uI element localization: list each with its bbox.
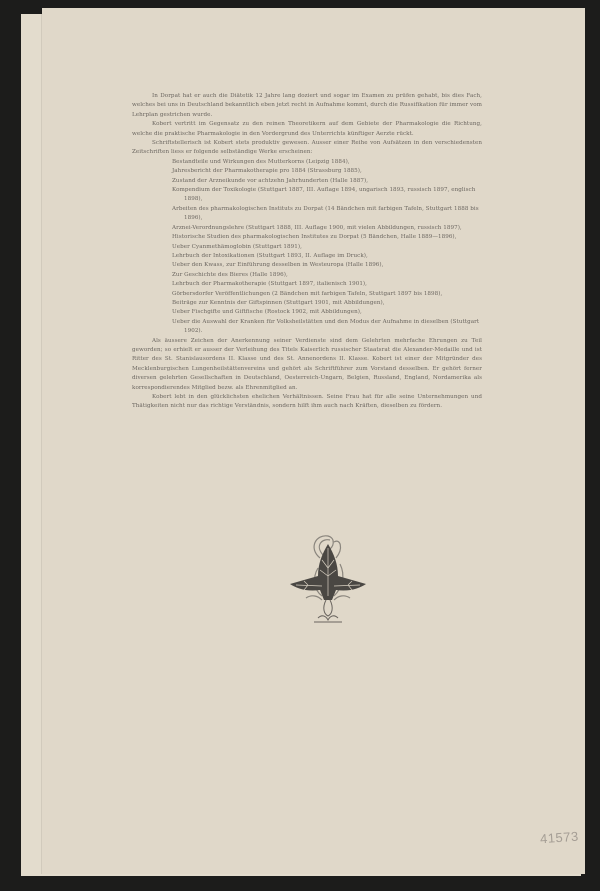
work-item: Beiträge zur Kenntnis der Giftspinnen (S… bbox=[172, 299, 482, 308]
paragraph-diaetetik: In Dorpat hat er auch die Diätetik 12 Ja… bbox=[132, 92, 482, 120]
ivy-leaf-ornament-icon bbox=[278, 528, 378, 628]
work-item: Kompendium der Toxikologie (Stuttgart 18… bbox=[172, 186, 482, 205]
works-list: Bestandteile und Wirkungen des Mutterkor… bbox=[132, 158, 482, 337]
work-item: Zur Geschichte des Bieres (Halle 1896), bbox=[172, 271, 482, 280]
work-item: Lehrbuch der Intoxikationen (Stuttgart 1… bbox=[172, 252, 482, 261]
work-item: Görbersdorfer Veröffentlichungen (2 Bänd… bbox=[172, 290, 482, 299]
work-item: Jahresbericht der Pharmakotherapie pro 1… bbox=[172, 167, 482, 176]
work-item: Lehrbuch der Pharmakotherapie (Stuttgart… bbox=[172, 280, 482, 289]
work-item: Zustand der Arzneikunde vor achtzehn Jah… bbox=[172, 177, 482, 186]
paragraph-familie: Kobert lebt in den glücklichsten ehelich… bbox=[132, 393, 482, 412]
work-item: Ueber Fischgifte und Giftfische (Rostock… bbox=[172, 308, 482, 317]
document-body: In Dorpat hat er auch die Diätetik 12 Ja… bbox=[132, 92, 482, 412]
work-item: Bestandteile und Wirkungen des Mutterkor… bbox=[172, 158, 482, 167]
shelfmark-number: 41573 bbox=[540, 829, 580, 847]
work-item: Arbeiten des pharmakologischen Instituts… bbox=[172, 205, 482, 224]
paragraph-ehrungen: Als äussere Zeichen der Anerkennung sein… bbox=[132, 337, 482, 393]
work-item: Ueber die Auswahl der Kranken für Volksh… bbox=[172, 318, 482, 337]
paragraph-schriftstellerisch: Schriftstellerisch ist Kobert stets prod… bbox=[132, 139, 482, 158]
work-item: Arznei-Verordnungslehre (Stuttgart 1888,… bbox=[172, 224, 482, 233]
work-item: Ueber den Kwass, zur Einführung desselbe… bbox=[172, 261, 482, 270]
paragraph-richtung: Kobert vertritt im Gegensatz zu den rein… bbox=[132, 120, 482, 139]
work-item: Ueber Cyanmethämoglobin (Stuttgart 1891)… bbox=[172, 243, 482, 252]
work-item: Historische Studien des pharmakologische… bbox=[172, 233, 482, 242]
